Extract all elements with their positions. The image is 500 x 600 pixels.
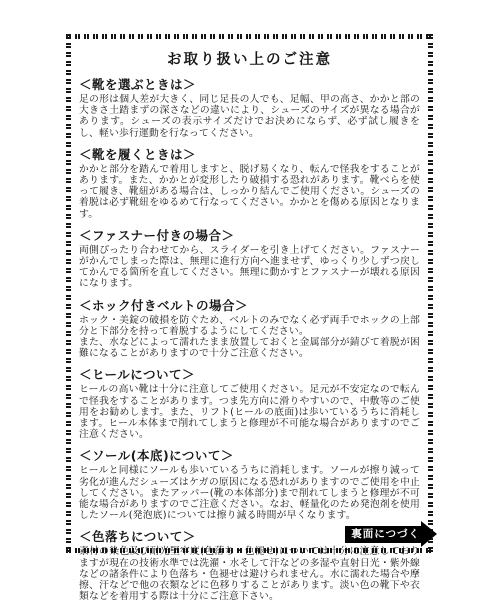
section-wearing-shoes: ＜靴を履くときは＞ かかと部分を踏んで着用しますと、脱げ易くなり、転んで怪我をす… bbox=[79, 145, 420, 220]
section-body: ホック・美錠の破損を防ぐため、ベルトのみでなく必ず両手でホックの上部分と下部分を… bbox=[79, 315, 420, 337]
right-arrow-icon bbox=[421, 521, 437, 547]
continue-to-back-arrow: 裏面につづく bbox=[345, 521, 437, 547]
sheet-content: お取り扱い上のご注意 ＜靴を選ぶときは＞ 足の形は個人差が大きく、同じ足長の人で… bbox=[79, 40, 420, 547]
section-body: ヒールと同様にソールも歩いているうちに消耗します。ソールが擦り減って劣化が進んだ… bbox=[79, 465, 420, 521]
section-body: ヒールの高い靴は十分に注意してご使用ください。足元が不安定なので転んで怪我をする… bbox=[79, 384, 420, 440]
section-heading: ＜靴を履くときは＞ bbox=[79, 145, 420, 163]
section-heading: ＜ヒールについて＞ bbox=[79, 365, 420, 383]
section-heading: ＜靴を選ぶときは＞ bbox=[79, 75, 420, 93]
section-heels: ＜ヒールについて＞ ヒールの高い靴は十分に注意してご使用ください。足元が不安定な… bbox=[79, 365, 420, 440]
page-title: お取り扱い上のご注意 bbox=[79, 48, 420, 69]
section-soles: ＜ソール(本底)について＞ ヒールと同様にソールも歩いているうちに消耗します。ソ… bbox=[79, 446, 420, 521]
section-body: 足の形は個人差が大きく、同じ足長の人でも、足幅、甲の高さ、かかと部の大きさ土踏ま… bbox=[79, 94, 420, 139]
section-heading: ＜ファスナー付きの場合＞ bbox=[79, 226, 420, 244]
section-heading: ＜ホック付きベルトの場合＞ bbox=[79, 296, 420, 314]
border-left-dashes bbox=[66, 34, 71, 553]
border-right-dashes bbox=[428, 34, 433, 553]
scanned-care-sheet: お取り扱い上のご注意 ＜靴を選ぶときは＞ 足の形は個人差が大きく、同じ足長の人で… bbox=[0, 0, 500, 600]
section-choosing-shoes: ＜靴を選ぶときは＞ 足の形は個人差が大きく、同じ足長の人でも、足幅、甲の高さ、か… bbox=[79, 75, 420, 139]
section-heading: ＜ソール(本底)について＞ bbox=[79, 446, 420, 464]
border-top-dashes bbox=[66, 34, 433, 39]
section-body: 素材の染色及び耐光堅牢度(色落ち・色褪せ)については十分に注意しておりますが現在… bbox=[79, 546, 420, 600]
section-body: かかと部分を踏んで着用しますと、脱げ易くなり、転んで怪我をすることがあります。ま… bbox=[79, 164, 420, 220]
section-zipper: ＜ファスナー付きの場合＞ 両側ぴったり合わせてから、スライダーを引き上げてくださ… bbox=[79, 226, 420, 290]
section-hook-belt: ＜ホック付きベルトの場合＞ ホック・美錠の破損を防ぐため、ベルトのみでなく必ず両… bbox=[79, 296, 420, 360]
bordered-panel: お取り扱い上のご注意 ＜靴を選ぶときは＞ 足の形は個人差が大きく、同じ足長の人で… bbox=[66, 34, 433, 553]
continue-label: 裏面につづく bbox=[345, 526, 421, 543]
section-body: 両側ぴったり合わせてから、スライダーを引き上げてください。ファスナーがかんでしま… bbox=[79, 245, 420, 290]
section-body-2: また、水などによって濡れたまま放置しておくと金属部分が錆びて着脱が困難になること… bbox=[79, 337, 420, 359]
